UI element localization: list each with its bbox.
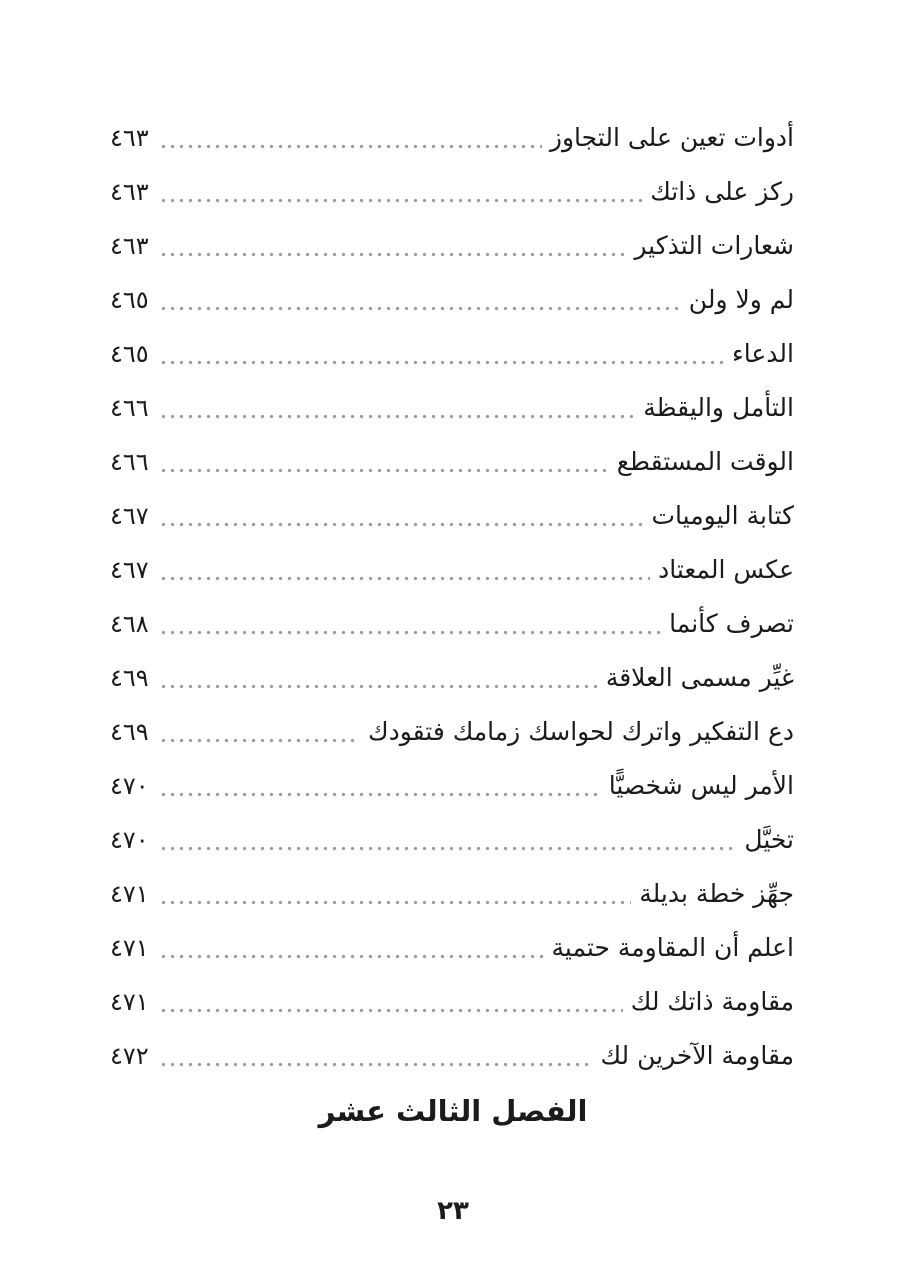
- toc-entry-title: الأمر ليس شخصيًّا: [609, 771, 794, 801]
- toc-entry-title: دع التفكير واترك لحواسك زمامك فتقودك: [368, 717, 794, 747]
- toc-entry-title: أدوات تعين على التجاوز: [550, 123, 794, 153]
- toc-row: الدعاء ٤٦٥: [110, 327, 794, 381]
- toc-row: غيِّر مسمى العلاقة ٤٦٩: [110, 651, 794, 705]
- toc-entry-title: تصرف كأنما: [669, 609, 794, 639]
- toc-row: التأمل واليقظة ٤٦٦: [110, 381, 794, 435]
- toc-entry-page: ٤٦٩: [110, 718, 149, 746]
- toc-entry-page: ٤٦٩: [110, 664, 149, 692]
- toc-entry-page: ٤٧٠: [110, 772, 149, 800]
- toc-entry-page: ٤٦٦: [110, 394, 149, 422]
- toc-entry-page: ٤٦٦: [110, 448, 149, 476]
- dotted-leader: [159, 489, 644, 543]
- dotted-leader: [159, 651, 598, 705]
- toc-entry-page: ٤٦٣: [110, 178, 149, 206]
- page-number: ٢٣: [0, 1193, 906, 1229]
- toc-entry-title: مقاومة ذاتك لك: [631, 987, 794, 1017]
- toc-entry-title: ركز على ذاتك: [650, 177, 794, 207]
- toc-entry-page: ٤٧١: [110, 988, 149, 1016]
- dotted-leader: [159, 867, 632, 921]
- toc-list: أدوات تعين على التجاوز ٤٦٣ ركز على ذاتك …: [110, 111, 794, 1083]
- toc-entry-page: ٤٦٣: [110, 232, 149, 260]
- toc-entry-title: اعلم أن المقاومة حتمية: [552, 933, 794, 963]
- dotted-leader: [159, 543, 650, 597]
- toc-row: أدوات تعين على التجاوز ٤٦٣: [110, 111, 794, 165]
- toc-row: كتابة اليوميات ٤٦٧: [110, 489, 794, 543]
- toc-entry-page: ٤٦٨: [110, 610, 149, 638]
- toc-entry-page: ٤٦٧: [110, 502, 149, 530]
- toc-entry-page: ٤٦٣: [110, 124, 149, 152]
- toc-entry-title: الدعاء: [732, 339, 794, 369]
- toc-entry-title: الوقت المستقطع: [617, 447, 794, 477]
- toc-row: الأمر ليس شخصيًّا ٤٧٠: [110, 759, 794, 813]
- toc-entry-page: ٤٧١: [110, 880, 149, 908]
- toc-entry-page: ٤٦٥: [110, 286, 149, 314]
- toc-entry-page: ٤٧١: [110, 934, 149, 962]
- toc-row: عكس المعتاد ٤٦٧: [110, 543, 794, 597]
- dotted-leader: [159, 381, 636, 435]
- dotted-leader: [159, 813, 737, 867]
- toc-row: تخيَّل ٤٧٠: [110, 813, 794, 867]
- chapter-heading: الفصل الثالث عشر: [0, 1091, 906, 1132]
- toc-row: الوقت المستقطع ٤٦٦: [110, 435, 794, 489]
- toc-entry-title: مقاومة الآخرين لك: [600, 1041, 794, 1071]
- toc-entry-title: لم ولا ولن: [689, 285, 794, 315]
- toc-entry-page: ٤٧٠: [110, 826, 149, 854]
- toc-row: ركز على ذاتك ٤٦٣: [110, 165, 794, 219]
- toc-entry-title: شعارات التذكير: [634, 231, 794, 261]
- dotted-leader: [159, 327, 724, 381]
- dotted-leader: [159, 975, 623, 1029]
- toc-entry-page: ٤٧٢: [110, 1042, 149, 1070]
- dotted-leader: [159, 111, 542, 165]
- dotted-leader: [159, 759, 601, 813]
- toc-row: لم ولا ولن ٤٦٥: [110, 273, 794, 327]
- toc-row: مقاومة ذاتك لك ٤٧١: [110, 975, 794, 1029]
- dotted-leader: [159, 1029, 593, 1083]
- dotted-leader: [159, 219, 627, 273]
- toc-row: شعارات التذكير ٤٦٣: [110, 219, 794, 273]
- dotted-leader: [159, 165, 643, 219]
- dotted-leader: [159, 597, 661, 651]
- toc-entry-title: غيِّر مسمى العلاقة: [606, 663, 794, 693]
- toc-row: جهِّز خطة بديلة ٤٧١: [110, 867, 794, 921]
- dotted-leader: [159, 273, 681, 327]
- toc-row: مقاومة الآخرين لك ٤٧٢: [110, 1029, 794, 1083]
- toc-entry-title: التأمل واليقظة: [643, 393, 794, 423]
- toc-entry-title: كتابة اليوميات: [652, 501, 794, 531]
- toc-entry-title: تخيَّل: [744, 825, 794, 855]
- dotted-leader: [159, 705, 360, 759]
- toc-entry-title: جهِّز خطة بديلة: [639, 879, 794, 909]
- dotted-leader: [159, 921, 544, 975]
- toc-entry-page: ٤٦٥: [110, 340, 149, 368]
- toc-entry-title: عكس المعتاد: [658, 555, 794, 585]
- toc-row: تصرف كأنما ٤٦٨: [110, 597, 794, 651]
- dotted-leader: [159, 435, 609, 489]
- toc-row: اعلم أن المقاومة حتمية ٤٧١: [110, 921, 794, 975]
- book-page: أدوات تعين على التجاوز ٤٦٣ ركز على ذاتك …: [0, 0, 906, 1280]
- toc-entry-page: ٤٦٧: [110, 556, 149, 584]
- toc-row: دع التفكير واترك لحواسك زمامك فتقودك ٤٦٩: [110, 705, 794, 759]
